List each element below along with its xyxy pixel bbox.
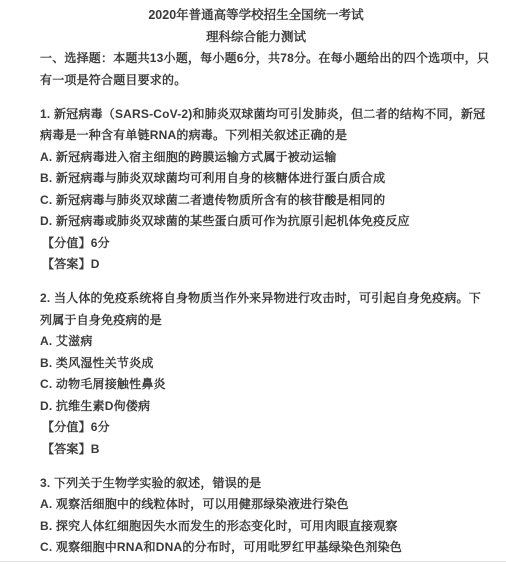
page-subtitle: 理科综合能力测试 xyxy=(40,26,472,48)
question-1-option-b: B. 新冠病毒与肺炎双球菌均可利用自身的核糖体进行蛋白质合成 xyxy=(40,168,472,190)
question-3-option-b: B. 探究人体红细胞因失水而发生的形态变化时，可用肉眼直接观察 xyxy=(40,516,472,538)
question-1-option-c: C. 新冠病毒与肺炎双球菌二者遗传物质所含有的核苷酸是相同的 xyxy=(40,190,472,212)
question-2-option-d: D. 抗维生素D佝偻病 xyxy=(40,396,472,418)
section-intro-line-1: 一、选择题：本题共13小题，每小题6分，共78分。在每小题给出的四个选项中，只 xyxy=(40,48,472,70)
question-2-score-label: 【分值】6分 xyxy=(40,417,472,439)
question-2-answer-label: 【答案】B xyxy=(40,439,472,461)
question-1-answer-label: 【答案】D xyxy=(40,254,472,276)
section-intro: 一、选择题：本题共13小题，每小题6分，共78分。在每小题给出的四个选项中，只 … xyxy=(40,48,472,91)
question-3-option-a: A. 观察活细胞中的线粒体时，可以用健那绿染液进行染色 xyxy=(40,494,472,516)
question-3: 3. 下列关于生物学实验的叙述，错误的是 A. 观察活细胞中的线粒体时，可以用健… xyxy=(40,473,472,559)
question-1-score-label: 【分值】6分 xyxy=(40,233,472,255)
question-3-stem-line-1: 3. 下列关于生物学实验的叙述，错误的是 xyxy=(40,473,472,495)
question-3-option-c: C. 观察细胞中RNA和DNA的分布时，可用吡罗红甲基绿染色剂染色 xyxy=(40,537,472,559)
question-1-option-d: D. 新冠病毒或肺炎双球菌的某些蛋白质可作为抗原引起机体免疫反应 xyxy=(40,211,472,233)
page-title: 2020年普通高等学校招生全国统一考试 xyxy=(40,4,472,26)
question-2-stem-line-2: 列属于自身免疫病的是 xyxy=(40,310,472,332)
question-2-option-c: C. 动物毛屑接触性鼻炎 xyxy=(40,374,472,396)
question-2-stem-line-1: 2. 当人体的免疫系统将自身物质当作外来异物进行攻击时，可引起自身免疫病。下 xyxy=(40,288,472,310)
question-1-stem-line-1: 1. 新冠病毒（SARS-CoV-2)和肺炎双球菌均可引发肺炎，但二者的结构不同… xyxy=(40,104,472,126)
page-bottom-divider xyxy=(0,561,506,562)
exam-page: 2020年普通高等学校招生全国统一考试 理科综合能力测试 一、选择题：本题共13… xyxy=(0,0,506,559)
section-intro-line-2: 有一项是符合题目要求的。 xyxy=(40,70,472,92)
question-1-stem-line-2: 病毒是一种含有单链RNA的病毒。下列相关叙述正确的是 xyxy=(40,125,472,147)
question-2-option-a: A. 艾滋病 xyxy=(40,331,472,353)
question-1-option-a: A. 新冠病毒进入宿主细胞的跨膜运输方式属于被动运输 xyxy=(40,147,472,169)
question-2: 2. 当人体的免疫系统将自身物质当作外来异物进行攻击时，可引起自身免疫病。下 列… xyxy=(40,288,472,460)
question-1: 1. 新冠病毒（SARS-CoV-2)和肺炎双球菌均可引发肺炎，但二者的结构不同… xyxy=(40,104,472,276)
question-2-option-b: B. 类风湿性关节炎成 xyxy=(40,353,472,375)
